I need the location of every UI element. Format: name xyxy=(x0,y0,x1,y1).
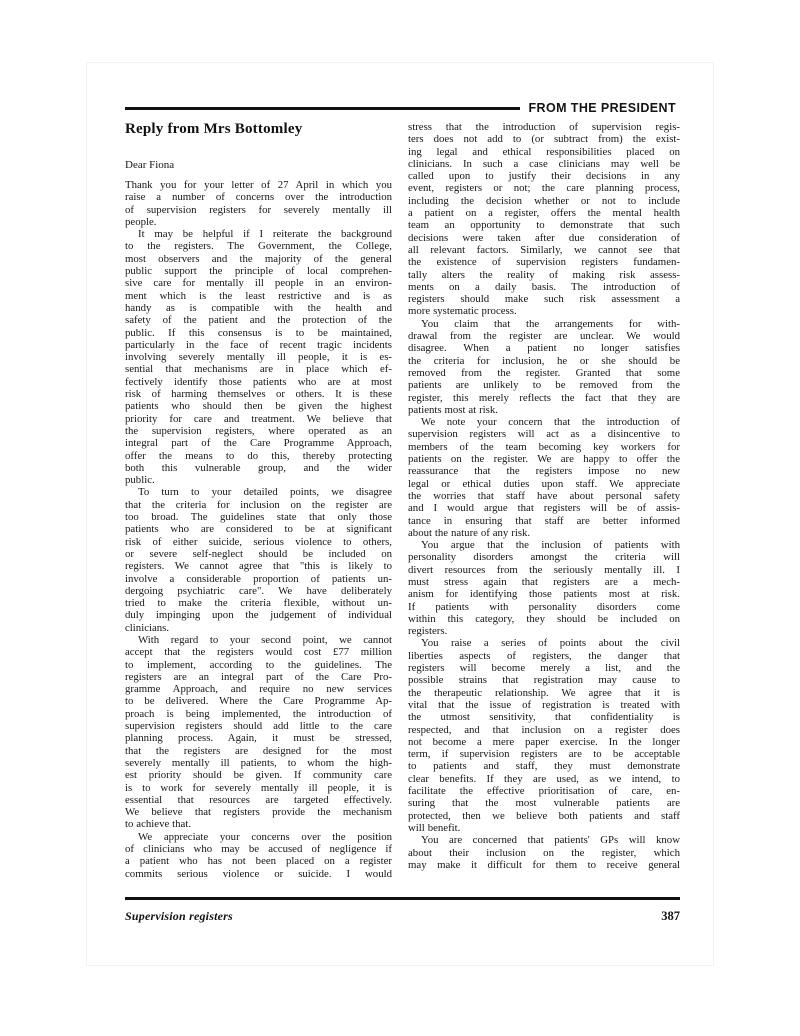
text-line: supervision registers should add little … xyxy=(125,720,392,732)
text-line: members of the team becoming key workers… xyxy=(408,441,680,453)
text-line: clear benefits. If they are used, as we … xyxy=(408,773,680,785)
text-line: est priority should be given. If communi… xyxy=(125,769,392,781)
text-line: patients who are considered to be at sig… xyxy=(125,523,392,535)
text-line: of supervision registers for severely me… xyxy=(125,204,392,216)
text-line: tance in ensuring that staff are better … xyxy=(408,515,680,527)
text-line: ments on a daily basis. The introduction… xyxy=(408,281,680,293)
text-line: to implement, according to the guideline… xyxy=(125,659,392,671)
text-line: possible strains that registration may c… xyxy=(408,674,680,686)
text-line: removed from the register. Granted that … xyxy=(408,367,680,379)
text-line: about the nature of any risk. xyxy=(408,527,680,539)
text-line: term, if supervision registers are to be… xyxy=(408,748,680,760)
text-line: called upon to justify their decisions i… xyxy=(408,170,680,182)
text-line: anism for identifying those patients mos… xyxy=(408,588,680,600)
text-line: stress that the introduction of supervis… xyxy=(408,121,680,133)
text-line: priority for care and treatment. We beli… xyxy=(125,413,392,425)
article-title: Reply from Mrs Bottomley xyxy=(125,121,302,138)
text-line: the utmost sensitivity, that confidentia… xyxy=(408,711,680,723)
text-line: You raise a series of points about the c… xyxy=(408,637,680,649)
text-line: We appreciate your concerns over the pos… xyxy=(125,831,392,843)
text-line: planning process. Again, it must be stre… xyxy=(125,732,392,744)
salutation: Dear Fiona xyxy=(125,159,174,171)
text-line: public. If this consensus is to be maint… xyxy=(125,327,392,339)
text-line: severely mentally ill patients, to whom … xyxy=(125,757,392,769)
text-line: suring that the most vulnerable patients… xyxy=(408,797,680,809)
page-number: 387 xyxy=(661,909,680,924)
text-line: You claim that the arrangements for with… xyxy=(408,318,680,330)
text-line: including the decision whether or not to… xyxy=(408,195,680,207)
text-line: a patient on a register, offers the ment… xyxy=(408,207,680,219)
text-line: respected, and that inclusion on a regis… xyxy=(408,724,680,736)
text-line: sive care for mentally ill people in an … xyxy=(125,277,392,289)
text-line: both this vulnerable group, and the wide… xyxy=(125,462,392,474)
text-line: all relevant factors. Similarly, we cann… xyxy=(408,244,680,256)
text-line: or severe self-neglect should be include… xyxy=(125,548,392,560)
text-line: offer the means to do this, thereby prot… xyxy=(125,450,392,462)
text-line: within this category, they should be inc… xyxy=(408,613,680,625)
text-line: to patients and staff, they must demonst… xyxy=(408,760,680,772)
text-line: gramme Approach, and require no new serv… xyxy=(125,683,392,695)
text-line: involve a considerable proportion of pat… xyxy=(125,573,392,585)
text-line: public. xyxy=(125,474,392,486)
text-line: facilitate the effective prioritisation … xyxy=(408,785,680,797)
text-line: clinicians. xyxy=(125,622,392,634)
text-line: ing legal and ethical responsibilities p… xyxy=(408,146,680,158)
text-line: proach is being implemented, the introdu… xyxy=(125,708,392,720)
text-line: safety of the patient and the protection… xyxy=(125,314,392,326)
text-line: duly impinging upon the judgement of ind… xyxy=(125,609,392,621)
text-line: raise a number of concerns over the intr… xyxy=(125,191,392,203)
text-line: the supervision registers, where operate… xyxy=(125,425,392,437)
page-footer: Supervision registers 387 xyxy=(125,909,680,924)
text-line: legal or ethical duties upon staff. We a… xyxy=(408,478,680,490)
text-line: that the registers are designed for the … xyxy=(125,745,392,757)
text-column-right: stress that the introduction of supervis… xyxy=(408,121,680,871)
text-line: register, this merely reflects the fact … xyxy=(408,392,680,404)
text-line: protected, then we believe both patients… xyxy=(408,810,680,822)
text-line: reassurance that the registers impose no… xyxy=(408,465,680,477)
text-line: commits serious violence or suicide. I w… xyxy=(125,868,392,880)
text-line: the therapeutic relationship. We agree t… xyxy=(408,687,680,699)
text-line: a patient who has not been placed on a r… xyxy=(125,855,392,867)
text-line: You argue that the inclusion of patients… xyxy=(408,539,680,551)
text-line: not become a mere paper exercise. In the… xyxy=(408,736,680,748)
text-line: tried to make the criteria flexible, wit… xyxy=(125,597,392,609)
text-line: decisions were taken after due considera… xyxy=(408,232,680,244)
text-line: involving severely mentally ill people, … xyxy=(125,351,392,363)
text-line: You are concerned that patients' GPs wil… xyxy=(408,834,680,846)
text-line: too broad. The guidelines state that onl… xyxy=(125,511,392,523)
text-line: dergoing psychiatric care". We have deli… xyxy=(125,585,392,597)
text-line: particularly in the face of recent tragi… xyxy=(125,339,392,351)
text-line: registers. xyxy=(408,625,680,637)
text-line: about their inclusion on the register, w… xyxy=(408,847,680,859)
text-line: to the registers. The Government, the Co… xyxy=(125,240,392,252)
text-line: tally alters the reality of making risk … xyxy=(408,269,680,281)
text-line: disagree. When a patient no longer satis… xyxy=(408,342,680,354)
text-line: registers should make such risk assessme… xyxy=(408,293,680,305)
text-line: clinicians. In such a case clinicians ma… xyxy=(408,158,680,170)
text-line: patients are unlikely to be removed from… xyxy=(408,379,680,391)
text-line: the criteria for inclusion, he or she sh… xyxy=(408,355,680,367)
text-line: that the criteria for inclusion on the r… xyxy=(125,499,392,511)
text-line: registers are an integral part of the Ca… xyxy=(125,671,392,683)
text-line: registers. We cannot agree that "this is… xyxy=(125,560,392,572)
text-line: fectively identify those patients who ar… xyxy=(125,376,392,388)
text-line: integral part of the Care Programme Appr… xyxy=(125,437,392,449)
text-line: public support the principle of local co… xyxy=(125,265,392,277)
text-line: patients who should then be given the hi… xyxy=(125,400,392,412)
text-line: to be delivered. Where the Care Programm… xyxy=(125,695,392,707)
text-line: Thank you for your letter of 27 April in… xyxy=(125,179,392,191)
text-line: the worries that staff have about person… xyxy=(408,490,680,502)
text-line: If patients with personality disorders c… xyxy=(408,601,680,613)
text-line: With regard to your second point, we can… xyxy=(125,634,392,646)
text-line: may make it difficult for them to receiv… xyxy=(408,859,680,871)
text-line: the existence of supervision registers f… xyxy=(408,256,680,268)
text-line: We believe that registers provide the me… xyxy=(125,806,392,818)
text-line: to achieve that. xyxy=(125,818,392,830)
page-header: FROM THE PRESIDENT xyxy=(125,101,676,115)
text-line: patients most at risk. xyxy=(408,404,680,416)
text-column-left: Thank you for your letter of 27 April in… xyxy=(125,179,392,880)
text-line: liberties aspects of registers, the dang… xyxy=(408,650,680,662)
text-line: event, registers or not; the care planni… xyxy=(408,182,680,194)
text-line: of clinicians who may be accused of negl… xyxy=(125,843,392,855)
text-line: most observers and the majority of the g… xyxy=(125,253,392,265)
text-line: divert resources from the seriously ment… xyxy=(408,564,680,576)
text-line: and I would argue that registers will be… xyxy=(408,502,680,514)
section-label: FROM THE PRESIDENT xyxy=(529,101,676,115)
text-line: registers will become merely a list, and… xyxy=(408,662,680,674)
text-line: must stress again that registers are a m… xyxy=(408,576,680,588)
text-line: vital that the issue of registration is … xyxy=(408,699,680,711)
text-line: supervision registers will act as a disi… xyxy=(408,428,680,440)
text-line: sential that mechanisms are in place whi… xyxy=(125,363,392,375)
text-line: personality disorders amongst the criter… xyxy=(408,551,680,563)
text-line: drawal from the register are unclear. We… xyxy=(408,330,680,342)
text-line: risk of harming themselves or others. It… xyxy=(125,388,392,400)
text-line: We note your concern that the introducti… xyxy=(408,416,680,428)
text-line: accept that the registers would cost £77… xyxy=(125,646,392,658)
text-line: patients on the register. We are happy t… xyxy=(408,453,680,465)
text-line: people. xyxy=(125,216,392,228)
text-line: ment which is the least restrictive and … xyxy=(125,290,392,302)
text-line: It may be helpful if I reiterate the bac… xyxy=(125,228,392,240)
text-line: handy as is compatible with the health a… xyxy=(125,302,392,314)
header-rule xyxy=(125,107,520,110)
text-line: team an opportunity to demonstrate that … xyxy=(408,219,680,231)
text-line: is to work for severely mentally ill peo… xyxy=(125,782,392,794)
text-line: To turn to your detailed points, we disa… xyxy=(125,486,392,498)
text-line: risk of either suicide, serious violence… xyxy=(125,536,392,548)
text-line: ters does not add to (or subtract from) … xyxy=(408,133,680,145)
text-line: will benefit. xyxy=(408,822,680,834)
footer-rule xyxy=(125,897,680,900)
text-line: more systematic process. xyxy=(408,305,680,317)
text-line: essential that resources are targeted ef… xyxy=(125,794,392,806)
running-title: Supervision registers xyxy=(125,909,233,924)
